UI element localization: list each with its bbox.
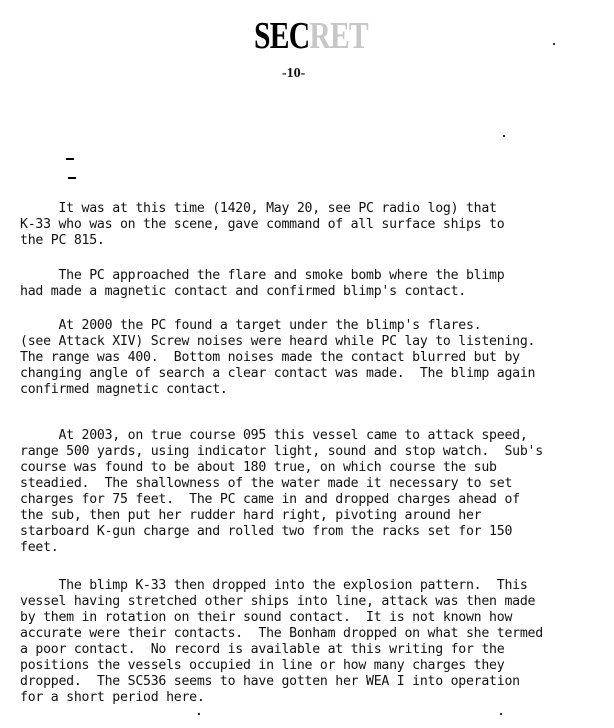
text-line: vessel having stretched other ships into… (20, 594, 610, 610)
paragraph-5: The blimp K-33 then dropped into the exp… (20, 578, 610, 706)
text-line: steadied. The shallowness of the water m… (20, 476, 610, 492)
classification-stamp: SECRET (254, 14, 368, 58)
paragraph-1: It was at this time (1420, May 20, see P… (20, 201, 610, 249)
text-line: charges for 75 feet. The PC came in and … (20, 492, 610, 508)
text-line: At 2000 the PC found a target under the … (20, 318, 610, 334)
text-line: K-33 who was on the scene, gave command … (20, 217, 610, 233)
text-line: At 2003, on true course 095 this vessel … (20, 428, 610, 444)
paragraph-3: At 2000 the PC found a target under the … (20, 318, 610, 398)
scan-speck (503, 135, 505, 137)
text-line: range 500 yards, using indicator light, … (20, 444, 610, 460)
margin-mark (68, 177, 76, 179)
text-line: dropped. The SC536 seems to have gotten … (20, 674, 610, 690)
text-line: It was at this time (1420, May 20, see P… (20, 201, 610, 217)
page-number: -10- (282, 66, 305, 82)
text-line: accurate were their contacts. The Bonham… (20, 626, 610, 642)
text-line: a poor contact. No record is available a… (20, 642, 610, 658)
text-line: had made a magnetic contact and confirme… (20, 284, 610, 300)
text-line: by them in rotation on their sound conta… (20, 610, 610, 626)
paragraph-2: The PC approached the flare and smoke bo… (20, 268, 610, 300)
text-line: The range was 400. Bottom noises made th… (20, 350, 610, 366)
text-line: starboard K-gun charge and rolled two fr… (20, 524, 610, 540)
text-line: for a short period here. (20, 690, 610, 706)
text-line: changing angle of search a clear contact… (20, 366, 610, 382)
text-line: The blimp K-33 then dropped into the exp… (20, 578, 610, 594)
stamp-faded-text: RET (309, 15, 368, 57)
text-line: The PC approached the flare and smoke bo… (20, 268, 610, 284)
paragraph-4: At 2003, on true course 095 this vessel … (20, 428, 610, 556)
text-line: confirmed magnetic contact. (20, 382, 610, 398)
scan-speck (553, 43, 555, 45)
text-line: course was found to be about 180 true, o… (20, 460, 610, 476)
scan-speck (500, 713, 502, 715)
text-line: the sub, then put her rudder hard right,… (20, 508, 610, 524)
scan-speck (198, 713, 200, 715)
stamp-visible-text: SEC (254, 15, 309, 57)
margin-mark (66, 158, 74, 160)
text-line: (see Attack XIV) Screw noises were heard… (20, 334, 610, 350)
text-line: the PC 815. (20, 233, 610, 249)
text-line: feet. (20, 540, 610, 556)
text-line: positions the vessels occupied in line o… (20, 658, 610, 674)
